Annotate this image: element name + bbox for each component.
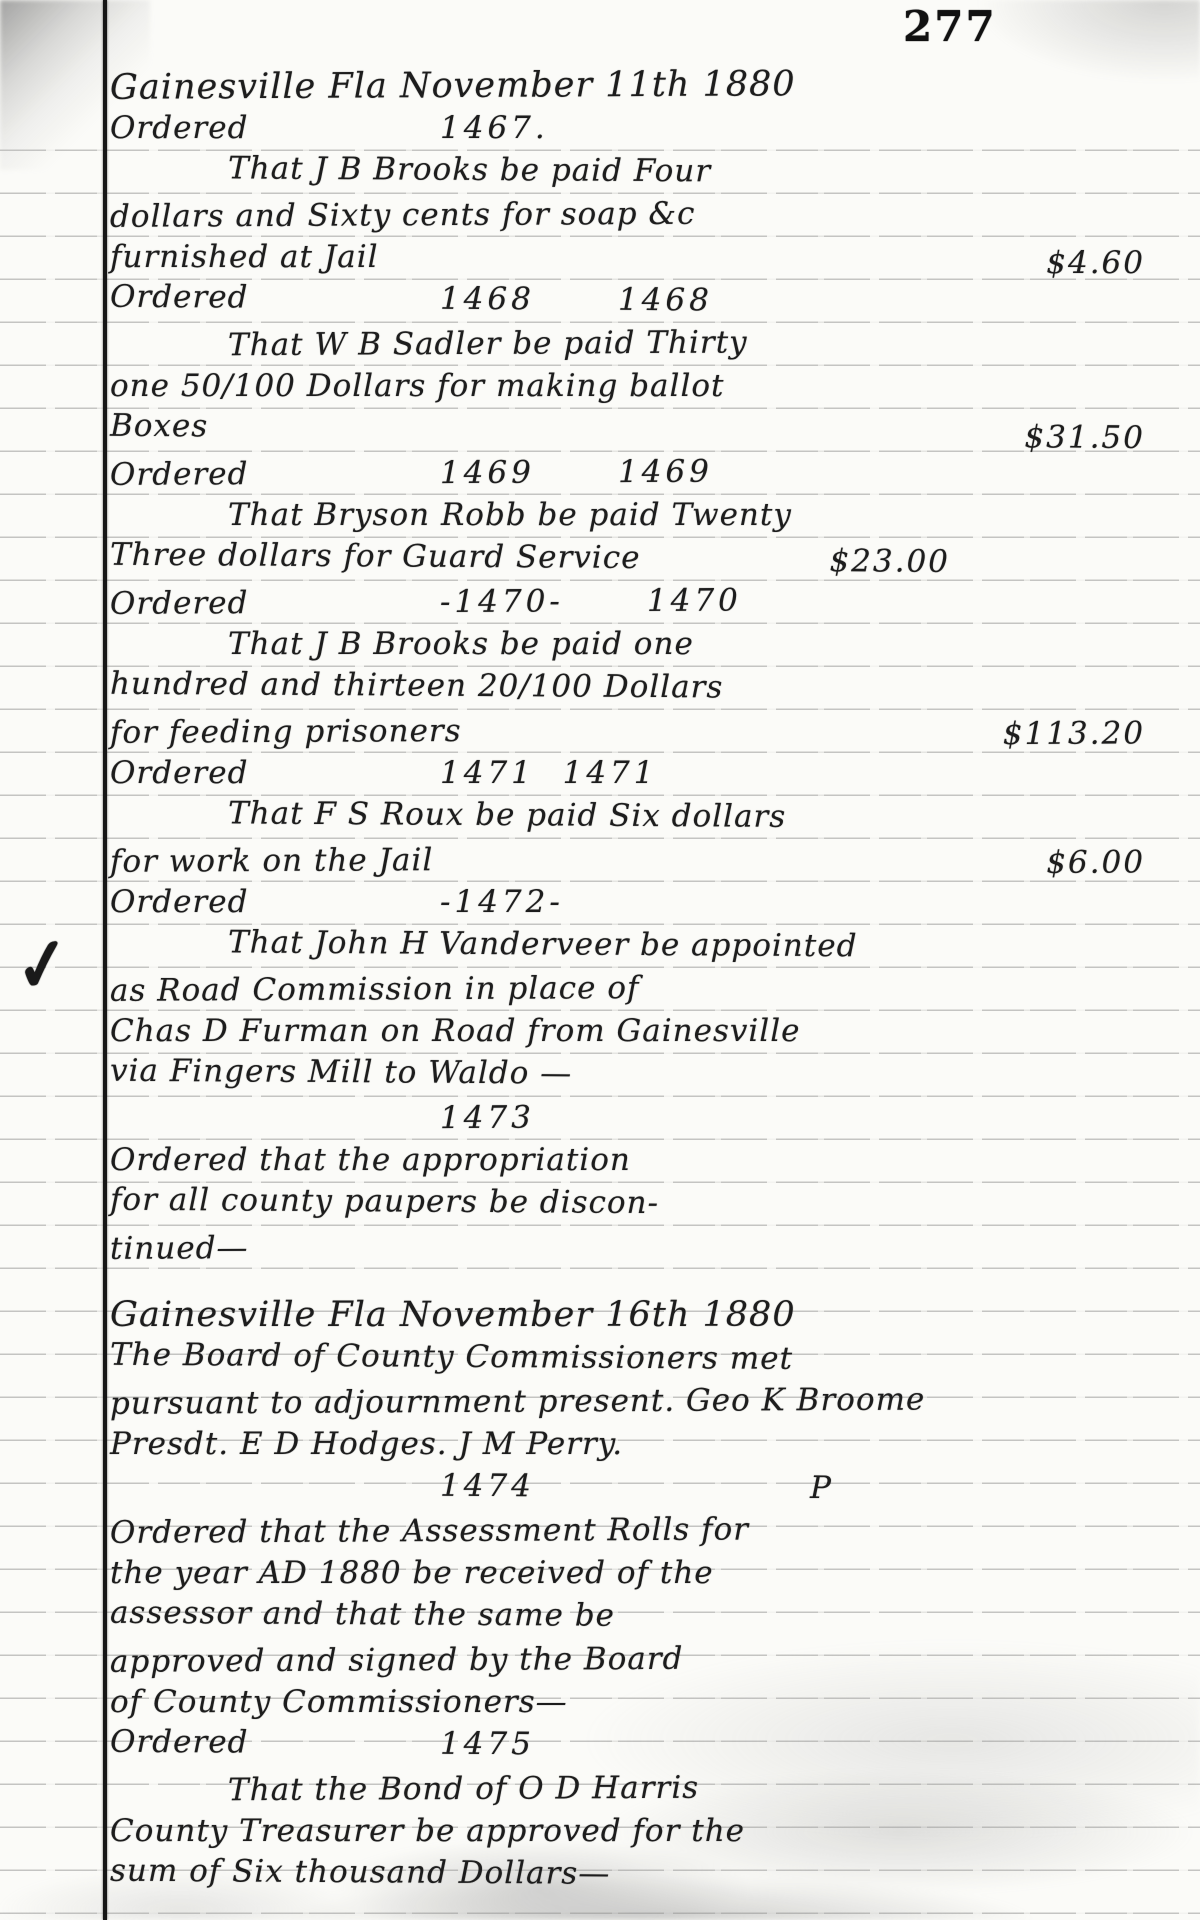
- handwriting-line: one 50/100 Dollars for making ballot: [110, 365, 1190, 408]
- line-text: sum of Six thousand Dollars—: [110, 1850, 611, 1896]
- line-text: Ordered: [110, 582, 249, 626]
- line-text: of County Commissioners—: [110, 1681, 568, 1724]
- handwriting-line: County Treasurer be approved for the: [110, 1810, 1190, 1853]
- handwriting-line: for feeding prisoners $113.20: [110, 706, 1190, 755]
- line-text: Ordered: [110, 276, 249, 320]
- line-text: via Fingers Mill to Waldo —: [110, 1050, 572, 1096]
- handwriting-line: as Road Commission in place of: [110, 964, 1190, 1013]
- line-text: Ordered: [110, 453, 249, 497]
- ledger-page: 277 ✓ Gainesville Fla November 11th 1880…: [0, 0, 1200, 1920]
- docket-number: -1470- 1470: [440, 580, 742, 625]
- line-text: approved and signed by the Board: [110, 1638, 684, 1684]
- handwriting-line: That John H Vanderveer be appointed: [110, 921, 1190, 971]
- handwriting-line: Ordered -1472-: [110, 881, 1190, 924]
- handwriting-line: furnished at Jail $4.60: [110, 236, 1190, 279]
- line-text: Ordered that the Assessment Rolls for: [110, 1508, 749, 1554]
- docket-number: 1468 1468: [440, 278, 713, 323]
- handwriting-line: Ordered -1470- 1470: [110, 577, 1190, 626]
- handwriting-line: Ordered 1468 1468: [110, 276, 1190, 326]
- line-text: furnished at Jail: [110, 236, 379, 279]
- line-text: Ordered that the appropriation: [110, 1139, 631, 1182]
- handwriting-line: Chas D Furman on Road from Gainesville: [110, 1010, 1190, 1053]
- line-text: tinued—: [110, 1227, 249, 1271]
- handwriting-line: dollars and Sixty cents for soap &c: [110, 190, 1190, 239]
- line-text: pursuant to adjournment present. Geo K B…: [110, 1379, 926, 1426]
- handwriting-line: the year AD 1880 be received of the: [110, 1552, 1190, 1595]
- line-text: assessor and that the same be: [110, 1592, 615, 1638]
- line-text: for work on the Jail: [110, 839, 434, 884]
- handwriting-line: for all county paupers be discon-: [110, 1179, 1190, 1229]
- line-text: for feeding prisoners: [110, 710, 462, 755]
- handwriting-line: That W B Sadler be paid Thirty: [110, 319, 1190, 368]
- handwriting-line: Gainesville Fla November 11th 1880: [110, 61, 1190, 110]
- line-text: That F S Roux be paid Six dollars: [228, 792, 786, 838]
- handwriting-line: approved and signed by the Board: [110, 1635, 1190, 1684]
- docket-number: 1473: [440, 1097, 535, 1140]
- line-text: County Treasurer be approved for the: [110, 1810, 745, 1853]
- line-text: Ordered: [110, 1721, 249, 1765]
- handwriting-line: Ordered 1469 1469: [110, 448, 1190, 497]
- page-number: 277: [903, 2, 997, 51]
- handwriting-lines: Gainesville Fla November 11th 1880 Order…: [110, 64, 1190, 1896]
- line-text: Chas D Furman on Road from Gainesville: [110, 1010, 800, 1053]
- amount-value: $23.00: [829, 540, 950, 584]
- handwriting-line: via Fingers Mill to Waldo —: [110, 1050, 1190, 1100]
- handwriting-line: That J B Brooks be paid one: [110, 623, 1190, 666]
- handwriting-line: 1474 P: [110, 1463, 1190, 1513]
- docket-number: 1475: [440, 1723, 535, 1767]
- line-text: That John H Vanderveer be appointed: [228, 921, 858, 968]
- handwriting-line: That the Bond of O D Harris: [110, 1764, 1190, 1813]
- line-text: hundred and thirteen 20/100 Dollars: [110, 663, 724, 710]
- docket-number: 1467.: [440, 107, 549, 150]
- handwriting-line: Presdt. E D Hodges. J M Perry.: [110, 1423, 1190, 1466]
- handwriting-line: for work on the Jail $6.00: [110, 835, 1190, 884]
- docket-number: 1471 1471: [440, 752, 658, 795]
- handwriting-line: That Bryson Robb be paid Twenty: [110, 494, 1190, 537]
- handwriting-line: Ordered 1471 1471: [110, 752, 1190, 795]
- line-text: Ordered: [110, 881, 248, 924]
- line-text: That J B Brooks be paid Four: [228, 147, 711, 193]
- checkmark-icon: ✓: [12, 920, 74, 1011]
- handwriting-line: Gainesville Fla November 16th 1880: [110, 1294, 1190, 1337]
- handwriting-line: of County Commissioners—: [110, 1681, 1190, 1724]
- line-text: Three dollars for Guard Service: [110, 534, 641, 580]
- handwriting-line: Ordered that the appropriation: [110, 1139, 1190, 1182]
- line-text: one 50/100 Dollars for making ballot: [110, 365, 724, 408]
- handwriting-line: hundred and thirteen 20/100 Dollars: [110, 663, 1190, 713]
- margin-rule-line: [103, 0, 107, 1920]
- handwriting-line: Ordered that the Assessment Rolls for: [110, 1506, 1190, 1555]
- line-text: Gainesville Fla November 16th 1880: [110, 1294, 796, 1337]
- line-text: Presdt. E D Hodges. J M Perry.: [110, 1423, 623, 1466]
- handwriting-line: That F S Roux be paid Six dollars: [110, 792, 1190, 842]
- handwriting-line: Ordered 1467.: [110, 107, 1190, 150]
- handwriting-line: The Board of County Commissioners met: [110, 1334, 1190, 1384]
- line-text: as Road Commission in place of: [110, 967, 640, 1013]
- amount-value: $113.20: [1003, 712, 1145, 756]
- docket-number: -1472-: [440, 881, 564, 924]
- line-text: The Board of County Commissioners met: [110, 1334, 793, 1381]
- handwriting-line: Boxes $31.50: [110, 405, 1190, 455]
- line-text: for all county paupers be discon-: [110, 1179, 659, 1225]
- docket-number: 1474: [440, 1465, 535, 1509]
- line-text: Ordered: [110, 752, 248, 795]
- line-text: That Bryson Robb be paid Twenty: [228, 494, 792, 537]
- amount-value: $4.60: [1046, 242, 1145, 285]
- handwriting-line: pursuant to adjournment present. Geo K B…: [110, 1377, 1190, 1426]
- line-text: That W B Sadler be paid Thirty: [228, 321, 748, 367]
- handwriting-line: 1473: [110, 1093, 1190, 1142]
- line-text: Ordered: [110, 107, 248, 150]
- line-text: Boxes: [110, 405, 208, 449]
- handwriting-line: sum of Six thousand Dollars—: [110, 1850, 1190, 1900]
- handwriting-line: That J B Brooks be paid Four: [110, 147, 1190, 197]
- handwriting-line: Ordered 1475: [110, 1721, 1190, 1771]
- line-text: the year AD 1880 be received of the: [110, 1552, 714, 1595]
- handwriting-line: assessor and that the same be: [110, 1592, 1190, 1642]
- handwriting-line: Three dollars for Guard Service $23.00: [110, 534, 1190, 584]
- line-text: dollars and Sixty cents for soap &c: [110, 193, 696, 239]
- line-text: That J B Brooks be paid one: [228, 623, 694, 666]
- docket-annotation: P: [810, 1467, 832, 1510]
- line-text: That the Bond of O D Harris: [228, 1767, 699, 1812]
- docket-number: 1469 1469: [440, 451, 713, 495]
- handwriting-line: tinued—: [110, 1222, 1190, 1271]
- amount-value: $6.00: [1046, 841, 1145, 885]
- line-text: Gainesville Fla November 11th 1880: [110, 63, 796, 110]
